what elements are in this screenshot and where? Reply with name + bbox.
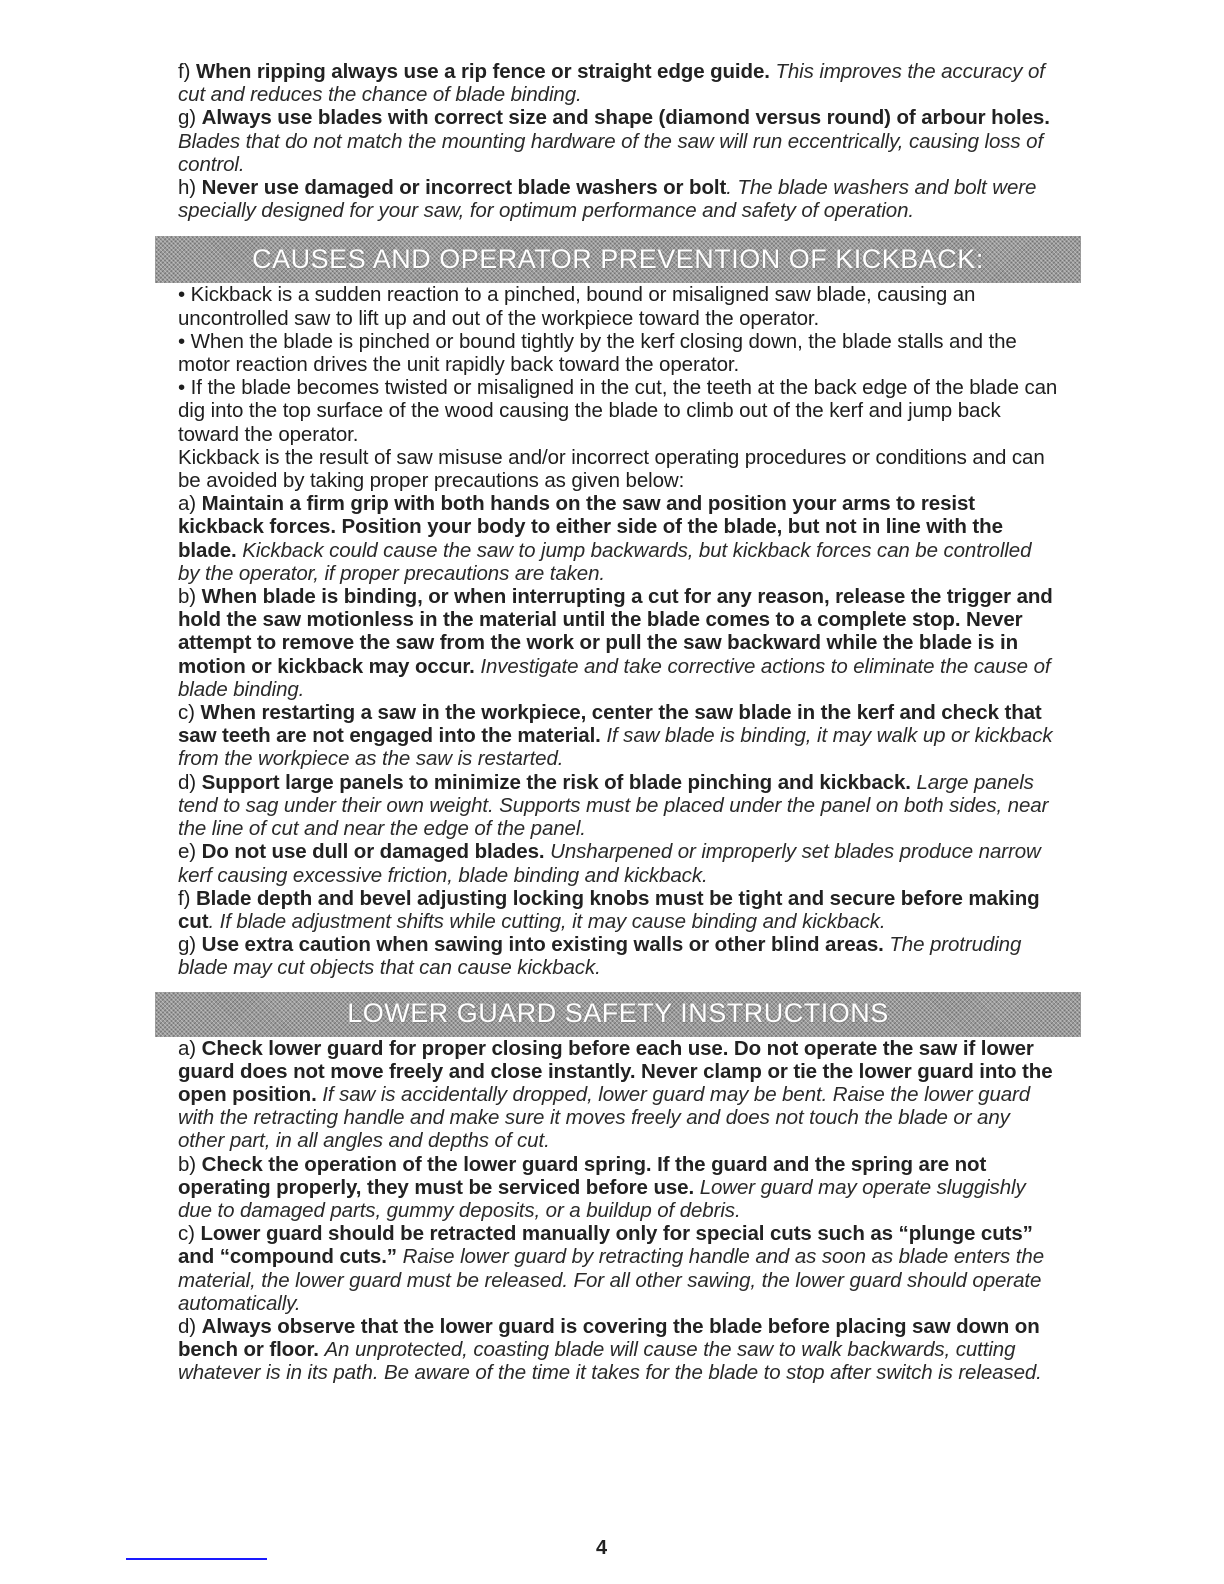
item-explanation: Kickback could cause the saw to jump bac… (178, 539, 1031, 585)
kickback-bullet: • When the blade is pinched or bound tig… (178, 330, 1058, 376)
kickback-summary: Kickback is the result of saw misuse and… (178, 446, 1058, 492)
section-banner-lower-guard: LOWER GUARD SAFETY INSTRUCTIONS (155, 992, 1081, 1037)
lower-guard-item-d: d) Always observe that the lower guard i… (178, 1315, 1058, 1385)
intro-item-h: h) Never use damaged or incorrect blade … (178, 176, 1058, 222)
item-explanation: . If blade adjustment shifts while cutti… (208, 910, 885, 933)
intro-item-f: f) When ripping always use a rip fence o… (178, 60, 1058, 106)
kickback-item-a: a) Maintain a firm grip with both hands … (178, 492, 1058, 585)
kickback-item-g: g) Use extra caution when sawing into ex… (178, 933, 1058, 979)
item-heading: Do not use dull or damaged blades. (202, 840, 545, 863)
item-heading: Use extra caution when sawing into exist… (202, 933, 884, 956)
kickback-item-e: e) Do not use dull or damaged blades. Un… (178, 840, 1058, 886)
kickback-item-b: b) When blade is binding, or when interr… (178, 585, 1058, 701)
kickback-item-c: c) When restarting a saw in the workpiec… (178, 701, 1058, 771)
lower-guard-item-c: c) Lower guard should be retracted manua… (178, 1222, 1058, 1315)
item-heading: Never use damaged or incorrect blade was… (202, 176, 727, 199)
section-heading: LOWER GUARD SAFETY INSTRUCTIONS (347, 1002, 889, 1025)
footer-rule (126, 1558, 267, 1560)
kickback-bullet: • If the blade becomes twisted or misali… (178, 376, 1058, 446)
item-heading: When ripping always use a rip fence or s… (196, 60, 770, 83)
item-explanation: Blades that do not match the mounting ha… (178, 130, 1043, 176)
manual-page: f) When ripping always use a rip fence o… (178, 60, 1058, 1385)
item-heading: Always use blades with correct size and … (202, 106, 1050, 129)
section-heading: CAUSES AND OPERATOR PREVENTION OF KICKBA… (252, 248, 984, 271)
kickback-item-f: f) Blade depth and bevel adjusting locki… (178, 887, 1058, 933)
section-banner-kickback: CAUSES AND OPERATOR PREVENTION OF KICKBA… (155, 236, 1081, 283)
lower-guard-item-b: b) Check the operation of the lower guar… (178, 1153, 1058, 1223)
intro-item-g: g) Always use blades with correct size a… (178, 106, 1058, 176)
page-number: 4 (596, 1537, 607, 1560)
lower-guard-item-a: a) Check lower guard for proper closing … (178, 1037, 1058, 1153)
item-heading: Support large panels to minimize the ris… (202, 771, 911, 794)
kickback-item-d: d) Support large panels to minimize the … (178, 771, 1058, 841)
kickback-bullet: • Kickback is a sudden reaction to a pin… (178, 283, 1058, 329)
